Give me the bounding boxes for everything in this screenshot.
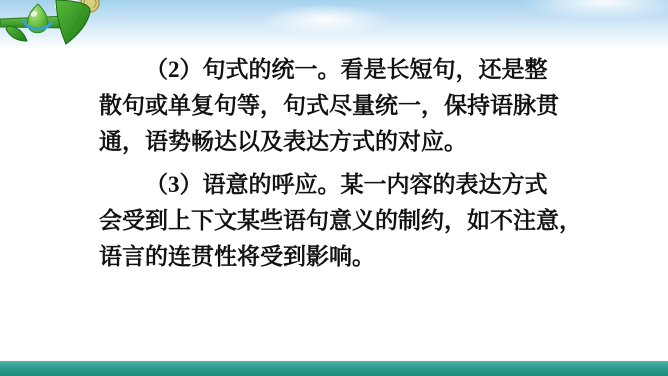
footer-bar [0, 361, 668, 376]
cloud-icon [260, 4, 390, 36]
text-line: 语言的连贯性将受到影响。 [99, 239, 571, 275]
branch-leaf-droplet-snail-icon [0, 0, 120, 48]
paragraph: （3）语意的呼应。某一内容的表达方式会受到上下文某些语句意义的制约，如不注意，语… [99, 167, 571, 275]
text-line: 通，语势畅达以及表达方式的对应。 [99, 124, 571, 160]
text-line: （2）句式的统一。看是长短句，还是整 [99, 52, 571, 88]
presentation-slide: （2）句式的统一。看是长短句，还是整散句或单复句等，句式尽量统一，保持语脉贯通，… [0, 0, 668, 376]
text-line: （3）语意的呼应。某一内容的表达方式 [99, 167, 571, 203]
text-line: 散句或单复句等，句式尽量统一，保持语脉贯 [99, 88, 571, 124]
text-line: 会受到上下文某些语句意义的制约，如不注意， [99, 203, 571, 239]
paragraph: （2）句式的统一。看是长短句，还是整散句或单复句等，句式尽量统一，保持语脉贯通，… [99, 52, 571, 160]
slide-body-text: （2）句式的统一。看是长短句，还是整散句或单复句等，句式尽量统一，保持语脉贯通，… [99, 52, 571, 275]
cloud-icon [520, 0, 668, 20]
